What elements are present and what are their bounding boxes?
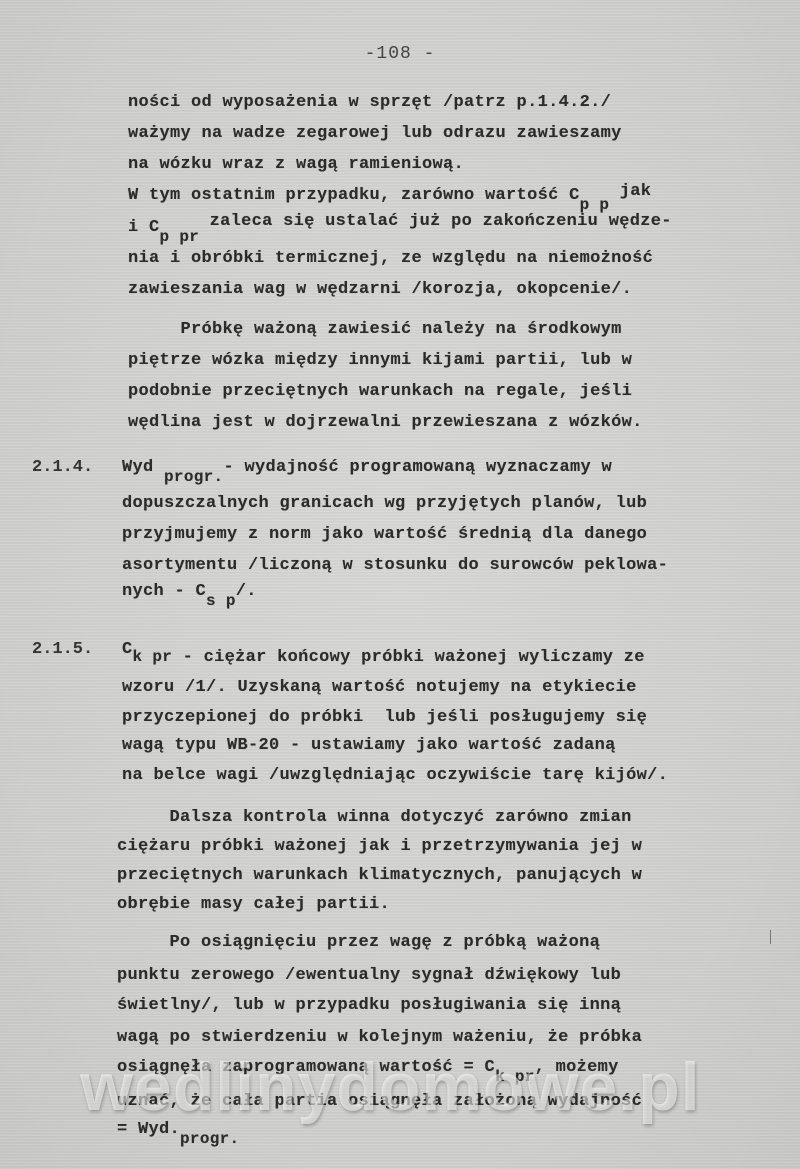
section-number: 2.1.5. bbox=[32, 640, 93, 659]
subscript: k pr bbox=[495, 1068, 535, 1086]
text-line: ności od wyposażenia w sprzęt /patrz p.1… bbox=[128, 93, 611, 112]
text-span: nych - C bbox=[122, 582, 206, 601]
text-line: Próbkę ważoną zawiesić należy na środkow… bbox=[128, 320, 622, 339]
text-span: i C bbox=[128, 218, 160, 237]
text-line: wagą po stwierdzeniu w kolejnym ważeniu,… bbox=[117, 1028, 642, 1047]
subscript: k pr bbox=[133, 648, 173, 666]
text-line: podobnie przeciętnych warunkach na regal… bbox=[128, 382, 632, 401]
text-span: - wydajność programowaną wyznaczamy w bbox=[223, 458, 612, 477]
text-line: Ck pr - ciężar końcowy próbki ważonej wy… bbox=[122, 640, 645, 659]
text-span: W tym ostatnim przypadku, zarówno wartoś… bbox=[128, 186, 580, 205]
term: Wyd bbox=[122, 458, 154, 477]
text-line: punktu zerowego /ewentualny sygnał dźwię… bbox=[117, 966, 621, 985]
text-line: wędlina jest w dojrzewalni przewieszana … bbox=[128, 413, 643, 432]
section-number: 2.1.4. bbox=[32, 458, 93, 477]
text-line: obrębie masy całej partii. bbox=[117, 895, 390, 914]
text-line: przyczepionej do próbki lub jeśli posług… bbox=[122, 708, 647, 727]
text-span: , możemy bbox=[535, 1058, 619, 1077]
text-span: zaleca się ustalać już po zakończeniu wę… bbox=[199, 212, 672, 231]
subscript: progr. bbox=[164, 468, 223, 486]
text-line: dopuszczalnych granicach wg przyjętych p… bbox=[122, 494, 647, 513]
text-line: uznać, że cała partia osiągnęła założoną… bbox=[117, 1092, 642, 1111]
text-span: /. bbox=[236, 582, 257, 601]
margin-mark bbox=[770, 930, 771, 944]
text-line: nych - Cs p/. bbox=[122, 582, 257, 601]
text-line: na wózku wraz z wagą ramieniową. bbox=[128, 155, 464, 174]
text-line: wagą typu WB-20 - ustawiamy jako wartość… bbox=[122, 736, 616, 755]
text-line: = Wyd.progr. bbox=[117, 1120, 239, 1139]
text-line: świetlny/, lub w przypadku posługiwania … bbox=[117, 996, 621, 1015]
text-line: Wyd progr.- wydajność programowaną wyzna… bbox=[122, 458, 612, 477]
text-line: W tym ostatnim przypadku, zarówno wartoś… bbox=[128, 186, 651, 205]
text-span: osiągnęła zaprogramowaną wartość = C bbox=[117, 1058, 495, 1077]
text-line: ważymy na wadze zegarowej lub odrazu zaw… bbox=[128, 124, 622, 143]
subscript: p pr bbox=[160, 228, 200, 246]
text-line: na belce wagi /uwzględniając oczywiście … bbox=[122, 766, 668, 785]
text-line: osiągnęła zaprogramowaną wartość = Ck pr… bbox=[117, 1058, 619, 1077]
text-line: asortymentu /liczoną w stosunku do surow… bbox=[122, 556, 668, 575]
page-number: -108 - bbox=[0, 44, 800, 64]
text-line: ciężaru próbki ważonej jak i przetrzymyw… bbox=[117, 837, 642, 856]
text-line: Dalsza kontrola winna dotyczyć zarówno z… bbox=[117, 808, 632, 827]
text-line: Po osiągnięciu przez wagę z próbką ważon… bbox=[117, 933, 600, 952]
text-line: zawieszania wag w wędzarni /korozja, oko… bbox=[128, 280, 632, 299]
text-line: nia i obróbki termicznej, ze względu na … bbox=[128, 249, 653, 268]
text-span: = Wyd. bbox=[117, 1120, 180, 1139]
text-span: - ciężar końcowy próbki ważonej wyliczam… bbox=[172, 648, 645, 667]
text-line: przyjmujemy z norm jako wartość średnią … bbox=[122, 525, 647, 544]
text-span: jak bbox=[609, 182, 651, 201]
term: C bbox=[122, 640, 133, 659]
text-line: wzoru /1/. Uzyskaną wartość notujemy na … bbox=[122, 678, 637, 697]
subscript: s p bbox=[206, 592, 236, 610]
text-line: i Cp pr zaleca się ustalać już po zakońc… bbox=[128, 218, 672, 237]
text-line: przeciętnych warunkach klimatycznych, pa… bbox=[117, 866, 642, 885]
text-line: piętrze wózka między innymi kijami parti… bbox=[128, 351, 632, 370]
subscript: progr. bbox=[180, 1130, 239, 1148]
